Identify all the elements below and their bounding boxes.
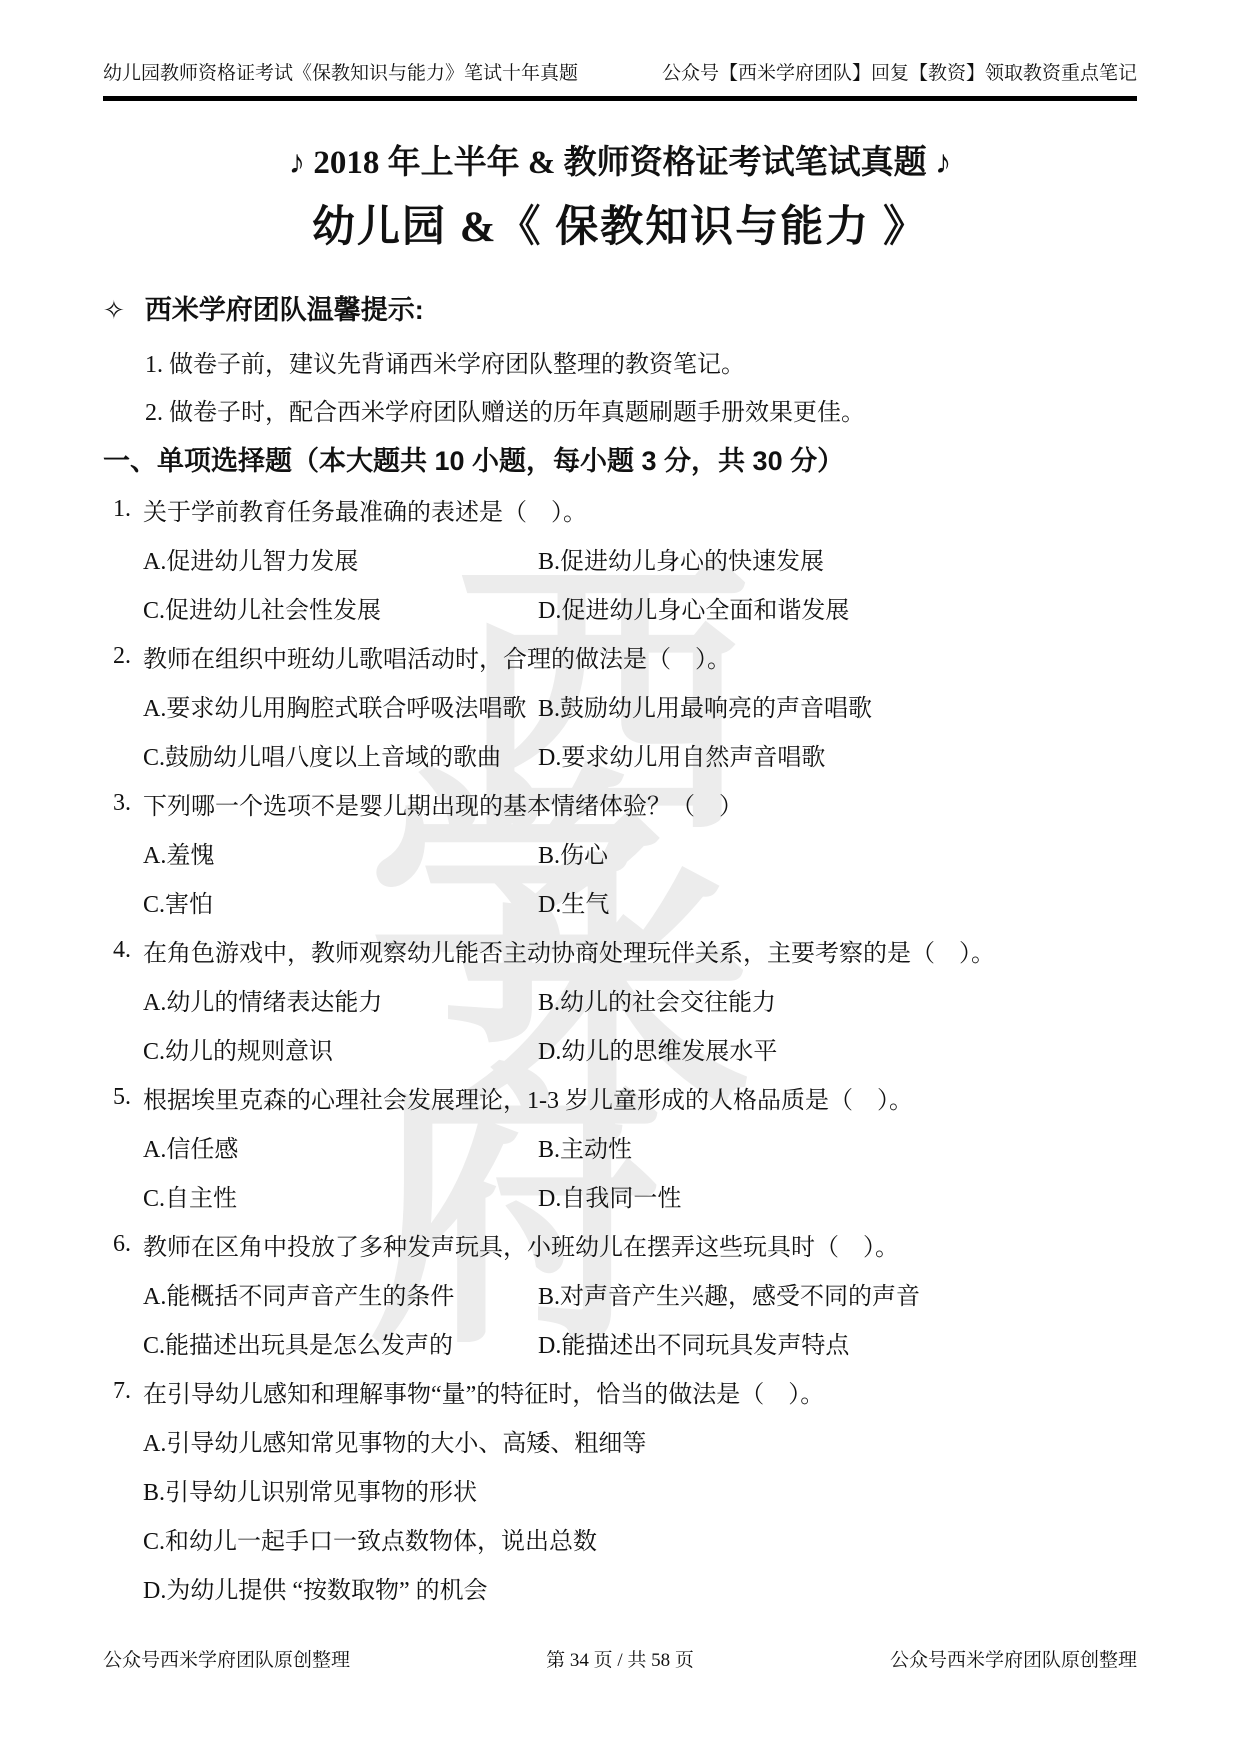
- question-number: 7.: [113, 1378, 143, 1405]
- question-options-row: C.鼓励幼儿唱八度以上音域的歌曲 D.要求幼儿用自然声音唱歌: [103, 730, 1137, 779]
- header-rule: [103, 96, 1137, 101]
- diamond-star-icon: ✧: [103, 293, 125, 327]
- option-d: D.幼儿的思维发展水平: [538, 1031, 777, 1066]
- question-options-row: C.能描述出玩具是怎么发声的 D.能描述出不同玩具发声特点: [103, 1318, 1137, 1367]
- question-2: 2. 教师在组织中班幼儿歌唱活动时，合理的做法是（ ）。 A.要求幼儿用胸腔式联…: [103, 632, 1137, 779]
- question-stem-text: 教师在组织中班幼儿歌唱活动时，合理的做法是（ ）。: [143, 639, 731, 674]
- footer-page-number: 第 34 页 / 共 58 页: [546, 1648, 694, 1674]
- page-content: 幼儿园教师资格证考试《保教知识与能力》笔试十年真题 公众号【西米学府团队】回复【…: [0, 0, 1240, 1612]
- question-options-row: A.能概括不同声音产生的条件 B.对声音产生兴趣，感受不同的声音: [103, 1269, 1137, 1318]
- question-options-row: C.和幼儿一起手口一致点数物体，说出总数: [103, 1514, 1137, 1563]
- option-d: D.能描述出不同玩具发声特点: [538, 1325, 849, 1360]
- page-header: 幼儿园教师资格证考试《保教知识与能力》笔试十年真题 公众号【西米学府团队】回复【…: [103, 0, 1137, 86]
- question-stem-text: 教师在区角中投放了多种发声玩具，小班幼儿在摆弄这些玩具时（ ）。: [143, 1227, 899, 1262]
- question-options-row: A.羞愧 B.伤心: [103, 828, 1137, 877]
- question-stem-text: 根据埃里克森的心理社会发展理论，1-3 岁儿童形成的人格品质是（ ）。: [143, 1080, 913, 1115]
- question-options-row: A.要求幼儿用胸腔式联合呼吸法唱歌 B.鼓励幼儿用最响亮的声音唱歌: [103, 681, 1137, 730]
- option-b: B.促进幼儿身心的快速发展: [538, 541, 824, 576]
- option-b: B.引导幼儿识别常见事物的形状: [143, 1472, 477, 1507]
- question-number: 2.: [113, 643, 143, 670]
- option-d: D.自我同一性: [538, 1178, 681, 1213]
- option-b: B.对声音产生兴趣，感受不同的声音: [538, 1276, 920, 1311]
- option-c: C.害怕: [143, 884, 538, 919]
- page-subtitle: 幼儿园 &《 保教知识与能力 》: [103, 201, 1137, 255]
- option-c: C.鼓励幼儿唱八度以上音域的歌曲: [143, 737, 538, 772]
- question-stem-text: 下列哪一个选项不是婴儿期出现的基本情绪体验？（ ）: [143, 786, 743, 821]
- question-options-row: A.信任感 B.主动性: [103, 1122, 1137, 1171]
- question-number: 1.: [113, 496, 143, 523]
- question-options-row: C.促进幼儿社会性发展 D.促进幼儿身心全面和谐发展: [103, 583, 1137, 632]
- question-options-row: A.促进幼儿智力发展 B.促进幼儿身心的快速发展: [103, 534, 1137, 583]
- question-stem: 3. 下列哪一个选项不是婴儿期出现的基本情绪体验？（ ）: [103, 779, 1137, 828]
- section-heading: 一、单项选择题（本大题共 10 小题，每小题 3 分，共 30 分）: [103, 437, 1137, 485]
- tips-heading-text: 西米学府团队温馨提示:: [145, 293, 424, 327]
- page-footer: 公众号西米学府团队原创整理 第 34 页 / 共 58 页 公众号西米学府团队原…: [103, 1648, 1137, 1674]
- header-left-text: 幼儿园教师资格证考试《保教知识与能力》笔试十年真题: [103, 62, 578, 86]
- question-stem: 6. 教师在区角中投放了多种发声玩具，小班幼儿在摆弄这些玩具时（ ）。: [103, 1220, 1137, 1269]
- option-d: D.要求幼儿用自然声音唱歌: [538, 737, 825, 772]
- question-options-row: D.为幼儿提供 “按数取物” 的机会: [103, 1563, 1137, 1612]
- option-d: D.促进幼儿身心全面和谐发展: [538, 590, 849, 625]
- question-options-row: B.引导幼儿识别常见事物的形状: [103, 1465, 1137, 1514]
- question-stem-text: 在角色游戏中，教师观察幼儿能否主动协商处理玩伴关系，主要考察的是（ ）。: [143, 933, 995, 968]
- question-options-row: A.幼儿的情绪表达能力 B.幼儿的社会交往能力: [103, 975, 1137, 1024]
- question-stem-text: 在引导幼儿感知和理解事物“量”的特征时，恰当的做法是（ ）。: [143, 1374, 824, 1409]
- option-a: A.羞愧: [143, 835, 538, 870]
- option-a: A.信任感: [143, 1129, 538, 1164]
- option-b: B.主动性: [538, 1129, 632, 1164]
- question-7: 7. 在引导幼儿感知和理解事物“量”的特征时，恰当的做法是（ ）。 A.引导幼儿…: [103, 1367, 1137, 1612]
- option-a: A.能概括不同声音产生的条件: [143, 1276, 538, 1311]
- tips-heading: ✧ 西米学府团队温馨提示:: [103, 293, 1137, 327]
- tip-item-1: 1. 做卷子前，建议先背诵西米学府团队整理的教资笔记。: [145, 341, 1137, 389]
- option-c: C.幼儿的规则意识: [143, 1031, 538, 1066]
- question-stem: 7. 在引导幼儿感知和理解事物“量”的特征时，恰当的做法是（ ）。: [103, 1367, 1137, 1416]
- question-stem-text: 关于学前教育任务最准确的表述是（ ）。: [143, 492, 587, 527]
- option-c: C.能描述出玩具是怎么发声的: [143, 1325, 538, 1360]
- question-options-row: C.害怕 D.生气: [103, 877, 1137, 926]
- header-right-text: 公众号【西米学府团队】回复【教资】领取教资重点笔记: [662, 62, 1137, 86]
- page-title: ♪ 2018 年上半年 & 教师资格证考试笔试真题 ♪: [103, 141, 1137, 185]
- question-stem: 5. 根据埃里克森的心理社会发展理论，1-3 岁儿童形成的人格品质是（ ）。: [103, 1073, 1137, 1122]
- question-stem: 2. 教师在组织中班幼儿歌唱活动时，合理的做法是（ ）。: [103, 632, 1137, 681]
- option-b: B.鼓励幼儿用最响亮的声音唱歌: [538, 688, 872, 723]
- question-number: 3.: [113, 790, 143, 817]
- question-stem: 1. 关于学前教育任务最准确的表述是（ ）。: [103, 485, 1137, 534]
- question-3: 3. 下列哪一个选项不是婴儿期出现的基本情绪体验？（ ） A.羞愧 B.伤心 C…: [103, 779, 1137, 926]
- tip-item-2: 2. 做卷子时，配合西米学府团队赠送的历年真题刷题手册效果更佳。: [145, 389, 1137, 437]
- option-c: C.和幼儿一起手口一致点数物体，说出总数: [143, 1521, 597, 1556]
- option-d: D.为幼儿提供 “按数取物” 的机会: [143, 1570, 488, 1605]
- option-c: C.自主性: [143, 1178, 538, 1213]
- footer-right-text: 公众号西米学府团队原创整理: [890, 1648, 1137, 1674]
- option-b: B.幼儿的社会交往能力: [538, 982, 776, 1017]
- footer-left-text: 公众号西米学府团队原创整理: [103, 1648, 350, 1674]
- question-1: 1. 关于学前教育任务最准确的表述是（ ）。 A.促进幼儿智力发展 B.促进幼儿…: [103, 485, 1137, 632]
- option-a: A.要求幼儿用胸腔式联合呼吸法唱歌: [143, 688, 538, 723]
- question-number: 6.: [113, 1231, 143, 1258]
- option-a: A.幼儿的情绪表达能力: [143, 982, 538, 1017]
- question-6: 6. 教师在区角中投放了多种发声玩具，小班幼儿在摆弄这些玩具时（ ）。 A.能概…: [103, 1220, 1137, 1367]
- option-a: A.引导幼儿感知常见事物的大小、高矮、粗细等: [143, 1423, 646, 1458]
- option-c: C.促进幼儿社会性发展: [143, 590, 538, 625]
- option-d: D.生气: [538, 884, 609, 919]
- question-4: 4. 在角色游戏中，教师观察幼儿能否主动协商处理玩伴关系，主要考察的是（ ）。 …: [103, 926, 1137, 1073]
- question-5: 5. 根据埃里克森的心理社会发展理论，1-3 岁儿童形成的人格品质是（ ）。 A…: [103, 1073, 1137, 1220]
- option-a: A.促进幼儿智力发展: [143, 541, 538, 576]
- question-number: 4.: [113, 937, 143, 964]
- question-stem: 4. 在角色游戏中，教师观察幼儿能否主动协商处理玩伴关系，主要考察的是（ ）。: [103, 926, 1137, 975]
- question-number: 5.: [113, 1084, 143, 1111]
- question-options-row: A.引导幼儿感知常见事物的大小、高矮、粗细等: [103, 1416, 1137, 1465]
- option-b: B.伤心: [538, 835, 608, 870]
- question-options-row: C.自主性 D.自我同一性: [103, 1171, 1137, 1220]
- question-options-row: C.幼儿的规则意识 D.幼儿的思维发展水平: [103, 1024, 1137, 1073]
